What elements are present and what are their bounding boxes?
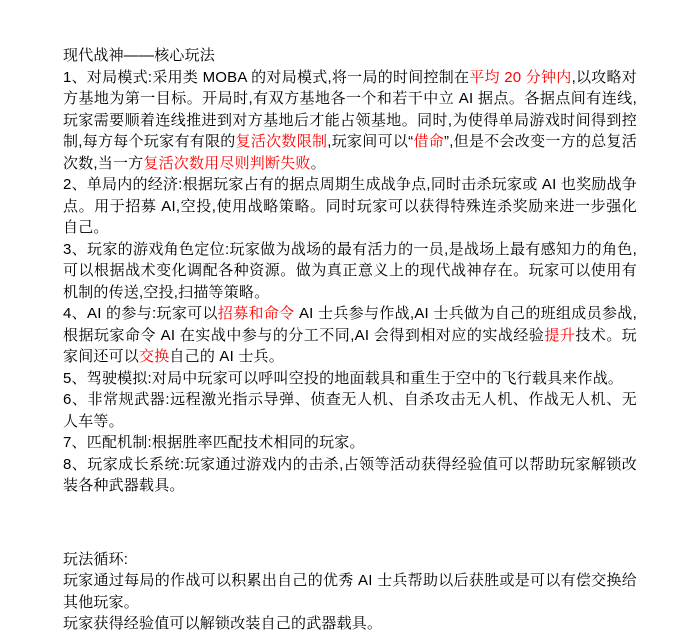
document-body: 1、对局模式:采用类 MOBA 的对局模式,将一局的时间控制在平均 20 分钟内…	[63, 67, 637, 607]
text-segment: 6、非常规武器:远程激光指示导弹、侦查无人机、自杀攻击无人机、作战无人机、无人车…	[63, 391, 637, 430]
item-7-matchmaking: 7、匹配机制:根据胜率匹配技术相同的玩家。	[63, 432, 637, 454]
highlighted-text: 提升	[544, 327, 575, 344]
text-segment: 自己的 AI 士兵。	[169, 348, 284, 365]
highlighted-text: 复活次数限制	[236, 133, 328, 150]
loop-line-1: 玩家通过每局的作战可以积累出自己的优秀 AI 士兵帮助以后获胜或是可以有偿交换给…	[63, 570, 637, 606]
text-segment: 。	[311, 155, 326, 172]
highlighted-text: 复活次数用尽则判断失败	[143, 155, 310, 172]
document-page: 现代战神——核心玩法 1、对局模式:采用类 MOBA 的对局模式,将一局的时间控…	[63, 45, 637, 606]
text-segment: 8、玩家成长系统:玩家通过游戏内的击杀,占领等活动获得经验值可以帮助玩家解锁改装…	[63, 456, 637, 495]
text-segment: 玩法循环:	[63, 551, 128, 568]
highlighted-text: 招募和命令	[218, 305, 295, 322]
document-title: 现代战神——核心玩法	[63, 45, 637, 67]
spacer	[63, 497, 637, 523]
text-segment: 2、单局内的经济:根据玩家占有的据点周期生成战争点,同时击杀玩家或 AI 也奖励…	[63, 176, 637, 236]
highlighted-text: 交换	[139, 348, 169, 365]
item-8-progression: 8、玩家成长系统:玩家通过游戏内的击杀,占领等活动获得经验值可以帮助玩家解锁改装…	[63, 454, 637, 497]
highlighted-text: 平均 20 分钟内	[469, 69, 571, 86]
text-segment: 3、玩家的游戏角色定位:玩家做为战场的最有活力的一员,是战场上最有感知力的角色,…	[63, 241, 637, 301]
item-3-player-role: 3、玩家的游戏角色定位:玩家做为战场的最有活力的一员,是战场上最有感知力的角色,…	[63, 239, 637, 304]
item-1-match-mode: 1、对局模式:采用类 MOBA 的对局模式,将一局的时间控制在平均 20 分钟内…	[63, 67, 637, 175]
item-6-unconventional-weapons: 6、非常规武器:远程激光指示导弹、侦查无人机、自杀攻击无人机、作战无人机、无人车…	[63, 389, 637, 432]
spacer	[63, 523, 637, 549]
item-5-driving-sim: 5、驾驶模拟:对局中玩家可以呼叫空投的地面载具和重生于空中的飞行载具来作战。	[63, 368, 637, 390]
item-4-ai-participation: 4、AI 的参与:玩家可以招募和命令 AI 士兵参与作战,AI 士兵做为自己的班…	[63, 303, 637, 368]
loop-heading: 玩法循环:	[63, 549, 637, 571]
text-segment: 5、驾驶模拟:对局中玩家可以呼叫空投的地面载具和重生于空中的飞行载具来作战。	[63, 370, 623, 387]
text-segment: ,玩家间可以“	[327, 133, 413, 150]
text-segment: 4、AI 的参与:玩家可以	[63, 305, 218, 322]
item-2-economy: 2、单局内的经济:根据玩家占有的据点周期生成战争点,同时击杀玩家或 AI 也奖励…	[63, 174, 637, 239]
text-segment: 1、对局模式:采用类 MOBA 的对局模式,将一局的时间控制在	[63, 69, 469, 86]
text-segment: 玩家通过每局的作战可以积累出自己的优秀 AI 士兵帮助以后获胜或是可以有偿交换给…	[63, 572, 637, 606]
text-segment: 7、匹配机制:根据胜率匹配技术相同的玩家。	[63, 434, 365, 451]
highlighted-text: 借命	[413, 133, 444, 150]
